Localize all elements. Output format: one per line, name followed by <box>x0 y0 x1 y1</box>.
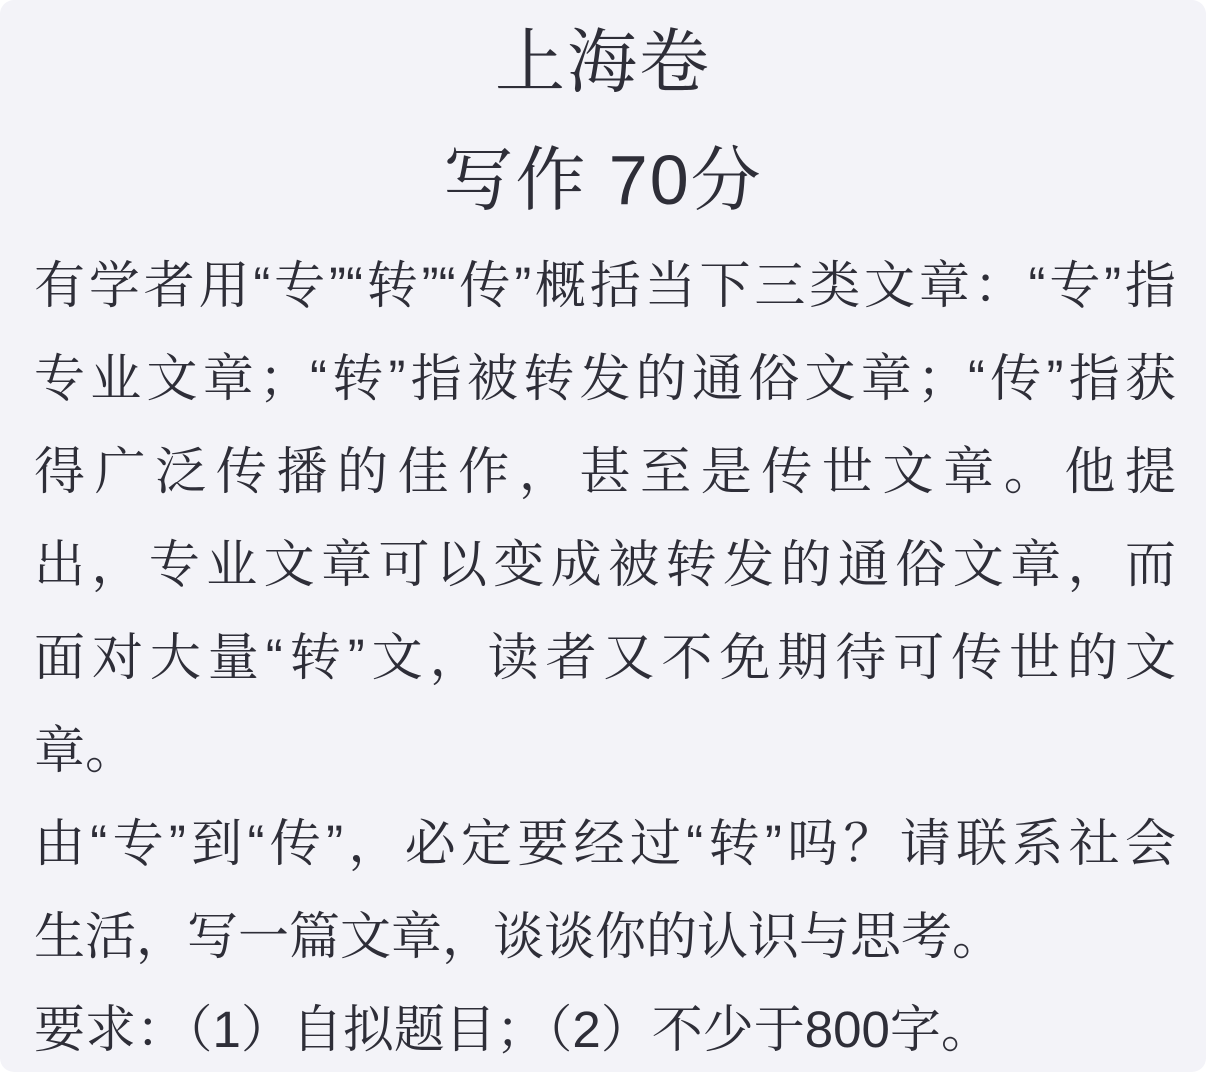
page-title: 上海卷 <box>0 0 1206 97</box>
prompt-body: 有学者用“专”“转”“传”概括当下三类文章：“专”指 专业文章；“转”指被转发的… <box>0 239 1206 1072</box>
text-line: 出，专业文章可以变成被转发的通俗文章，而 <box>34 518 1176 611</box>
text-line: 面对大量“转”文，读者又不免期待可传世的文 <box>34 611 1176 704</box>
exam-paper-page: 上海卷 写作 70分 有学者用“专”“转”“传”概括当下三类文章：“专”指 专业… <box>0 0 1206 1072</box>
text-line: 由“专”到“传”，必定要经过“转”吗？请联系社会 <box>34 797 1176 890</box>
text-line: 得广泛传播的佳作，甚至是传世文章。他提 <box>34 425 1176 518</box>
text-line: 章。 <box>34 704 1176 797</box>
text-line: 要求：（1）自拟题目；（2）不少于800字。 <box>34 983 1176 1072</box>
paragraph: 有学者用“专”“转”“传”概括当下三类文章：“专”指 专业文章；“转”指被转发的… <box>34 239 1176 797</box>
paragraph: 由“专”到“传”，必定要经过“转”吗？请联系社会 生活，写一篇文章，谈谈你的认识… <box>34 797 1176 983</box>
section-heading: 写作 70分 <box>0 145 1206 215</box>
text-line: 专业文章；“转”指被转发的通俗文章；“传”指获 <box>34 332 1176 425</box>
text-line: 有学者用“专”“转”“传”概括当下三类文章：“专”指 <box>34 239 1176 332</box>
paragraph: 要求：（1）自拟题目；（2）不少于800字。 <box>34 983 1176 1072</box>
text-line: 生活，写一篇文章，谈谈你的认识与思考。 <box>34 890 1176 983</box>
